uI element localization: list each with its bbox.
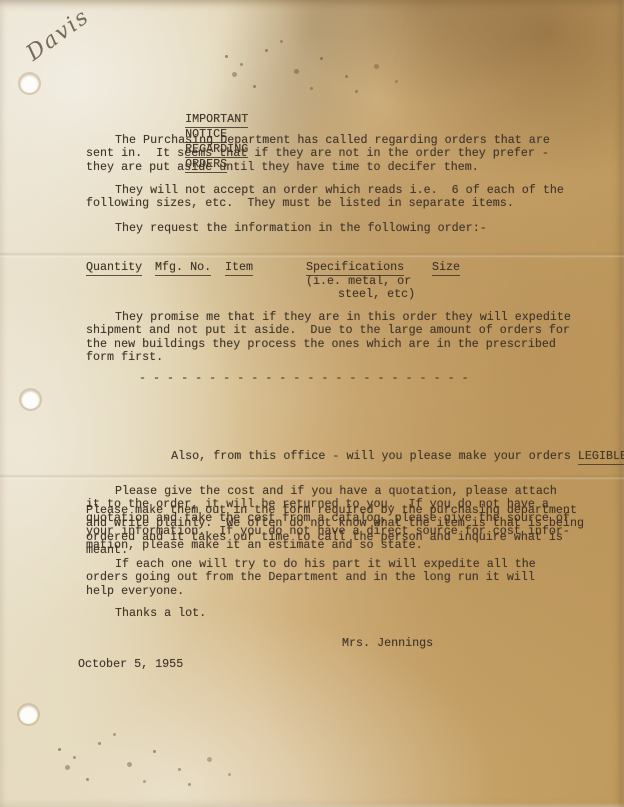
dashed-separator: - - - - - - - - - - - - - - - - - - - - … [139, 372, 469, 385]
date-line: October 5, 1955 [78, 658, 183, 671]
spec-note-line: steel, etc) [338, 288, 415, 301]
letter-line: it to the order, it will be returned to … [86, 498, 570, 511]
paragraph-accept: They will not accept an order which read… [86, 184, 564, 211]
paper-speckles [225, 55, 228, 58]
letter-line: help everyone. [86, 585, 536, 598]
scanned-letter-page: Davis IMPORTANT NOTICE REGARDING ORDERS … [0, 0, 624, 807]
letter-line: orders going out from the Department and… [86, 571, 536, 584]
letter-line: quotation and take the cost from a catal… [86, 512, 570, 525]
letter-line: Also, from this office - will you please… [86, 437, 624, 477]
letter-line: shipment and not put it aside. Due to th… [86, 324, 571, 337]
legible-word: LEGIBLE [578, 449, 624, 465]
paper-speckles [58, 748, 61, 751]
paragraph-intro: The Purchasing Department has called reg… [86, 134, 550, 174]
column-header-size: Size [432, 261, 460, 276]
letter-line: following sizes, etc. They must be liste… [86, 197, 564, 210]
column-header-quantity: Quantity [86, 261, 142, 276]
order-columns-row: Quantity Mfg. No. Item Specifications Si… [86, 261, 506, 274]
paragraph-request: They request the information in the foll… [86, 222, 487, 235]
punch-hole-bottom [19, 705, 38, 724]
signature: Mrs. Jennings [342, 637, 433, 650]
letter-line: They promise me that if they are in this… [86, 311, 571, 324]
column-header-mfg-no: Mfg. No. [155, 261, 211, 276]
letter-line: They request the information in the foll… [86, 222, 487, 235]
letter-line: mation, please make it an estimate and s… [86, 539, 570, 552]
letter-line: they are put aside until they have time … [86, 161, 550, 174]
letter-line: form first. [86, 351, 571, 364]
spec-note: (i.e. metal, or steel, etc) [86, 275, 506, 302]
letter-line: They will not accept an order which read… [86, 184, 564, 197]
letter-line: the new buildings they process the ones … [86, 338, 571, 351]
letter-line: If each one will try to do his part it w… [86, 558, 536, 571]
paragraph-cost: Please give the cost and if you have a q… [86, 485, 570, 552]
closing-line: Thanks a lot. [86, 607, 206, 620]
spec-note-line: (i.e. metal, or [306, 275, 411, 288]
punch-hole-middle [21, 390, 40, 409]
legible-text-before: Also, from this office - will you please… [171, 449, 578, 463]
paragraph-promise: They promise me that if they are in this… [86, 311, 571, 365]
handwritten-name: Davis [22, 4, 95, 66]
letter-line: Thanks a lot. [86, 607, 206, 620]
title-word: IMPORTANT [185, 113, 248, 128]
letter-line: your information. If you do not have a d… [86, 525, 570, 538]
letter-line: Please give the cost and if you have a q… [86, 485, 570, 498]
letter-line: sent in. It seems that if they are not i… [86, 147, 550, 160]
letter-line: The Purchasing Department has called reg… [86, 134, 550, 147]
column-header-item: Item [225, 261, 253, 276]
paragraph-expedite: If each one will try to do his part it w… [86, 558, 536, 598]
fold-crease [0, 252, 624, 258]
punch-hole-top [20, 74, 39, 93]
